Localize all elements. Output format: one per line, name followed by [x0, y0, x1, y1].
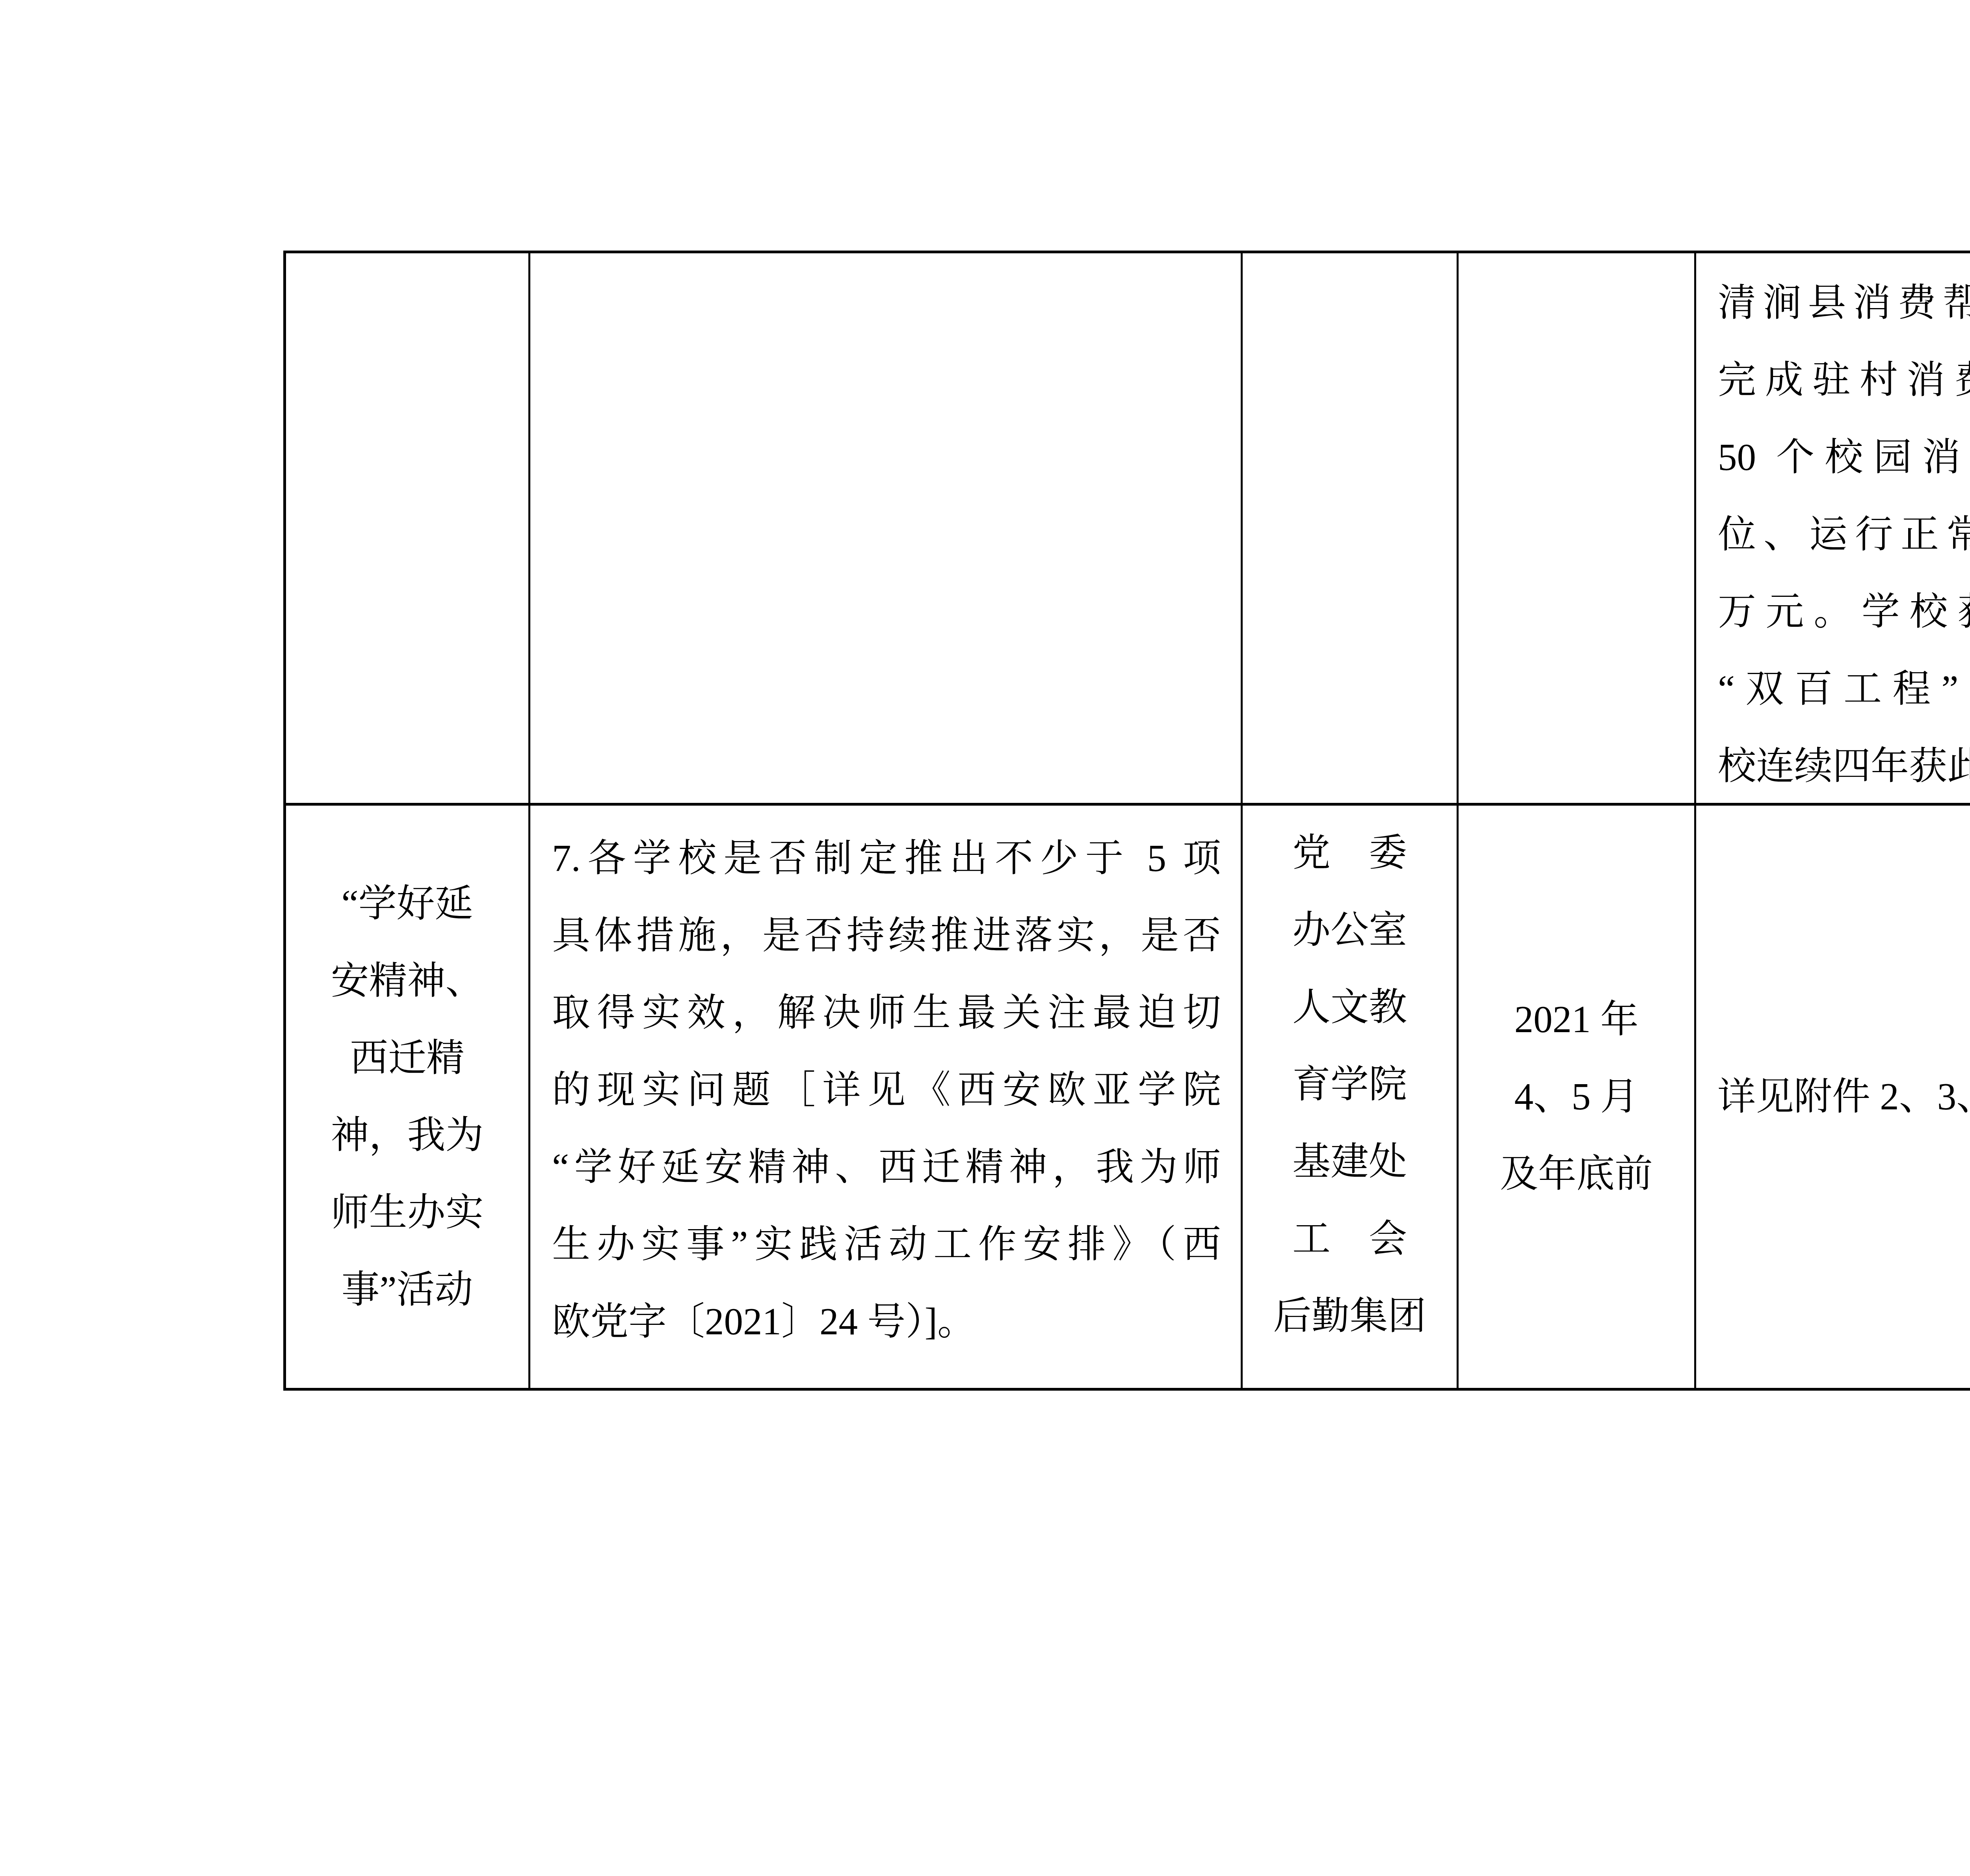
progress-line: 位、运行正常，实现销售额 6.51: [1718, 496, 1970, 573]
item-line: 具体措施，是否持续推进落实，是否: [552, 897, 1221, 974]
activity-line: 西迁精: [298, 1020, 517, 1097]
department-line: 办公室: [1243, 892, 1457, 969]
progress-line: 清涧县消费帮扶 79.1 万元；累计: [1718, 264, 1970, 342]
item-line: 7.各学校是否制定推出不少于 5 项: [552, 820, 1221, 897]
progress-line: 50 个校园消费扶贫专柜全部到: [1718, 419, 1970, 496]
progress-line: 万元。学校获评全省 2020 年度: [1718, 573, 1970, 650]
department-line: 党 委: [1243, 814, 1457, 892]
cell-progress-note: 清涧县消费帮扶 79.1 万元；累计 完成驻村消费帮扶 13.11 万元； 50…: [1696, 253, 1970, 806]
cell-time-requirement: 2021 年 4、5 月 及年底前: [1459, 806, 1696, 1388]
cell-responsible-departments: 党 委 办公室 人文教 育学院 基建处 工 会 后勤集团: [1243, 806, 1459, 1388]
cell-time-empty: [1459, 253, 1696, 806]
cell-remark: 详见附件 2、3、4、5。: [1696, 806, 1970, 1388]
item-line: 生办实事”实践活动工作安排》（西: [552, 1206, 1221, 1283]
activity-line: 安精神、: [298, 942, 517, 1020]
work-schedule-table: 清涧县消费帮扶 79.1 万元；累计 完成驻村消费帮扶 13.11 万元； 50…: [283, 251, 1970, 1391]
activity-line: “学好延: [298, 865, 517, 942]
activity-line: 师生办实: [298, 1174, 517, 1251]
progress-line: 完成驻村消费帮扶 13.11 万元；: [1718, 342, 1970, 419]
time-line: 及年底前: [1459, 1135, 1694, 1213]
cell-departments-empty: [1243, 253, 1459, 806]
remark-text: 详见附件 2、3、4、5。: [1717, 1058, 1970, 1135]
item-line: “学好延安精神、西迁精神，我为师: [552, 1129, 1221, 1206]
cell-activity-name: “学好延 安精神、 西迁精 神，我为 师生办实 事”活动: [286, 806, 530, 1388]
department-line: 后勤集团: [1243, 1278, 1457, 1355]
department-line: 人文教: [1243, 969, 1457, 1046]
department-line: 基建处: [1243, 1123, 1457, 1200]
time-line: 2021 年: [1459, 981, 1694, 1058]
item-line: 取得实效，解决师生最关注最迫切: [552, 974, 1221, 1051]
item-line: 欧党字〔2021〕24 号）]。: [552, 1283, 1221, 1360]
cell-inspection-item: 7.各学校是否制定推出不少于 5 项 具体措施，是否持续推进落实，是否 取得实效…: [530, 806, 1243, 1388]
time-line: 4、5 月: [1459, 1058, 1694, 1135]
progress-line: 校连续四年获此殊荣。: [1718, 728, 1970, 805]
department-line: 工 会: [1243, 1200, 1457, 1278]
progress-line: “双百工程”先进集体，这是学: [1718, 650, 1970, 728]
cell-activity-name-empty: [286, 253, 530, 806]
activity-line: 神，我为: [298, 1097, 517, 1174]
department-line: 育学院: [1243, 1046, 1457, 1123]
item-line: 的现实问题［详见《西安欧亚学院: [552, 1051, 1221, 1129]
activity-line: 事”活动: [298, 1251, 517, 1328]
cell-inspection-item-empty: [530, 253, 1243, 806]
